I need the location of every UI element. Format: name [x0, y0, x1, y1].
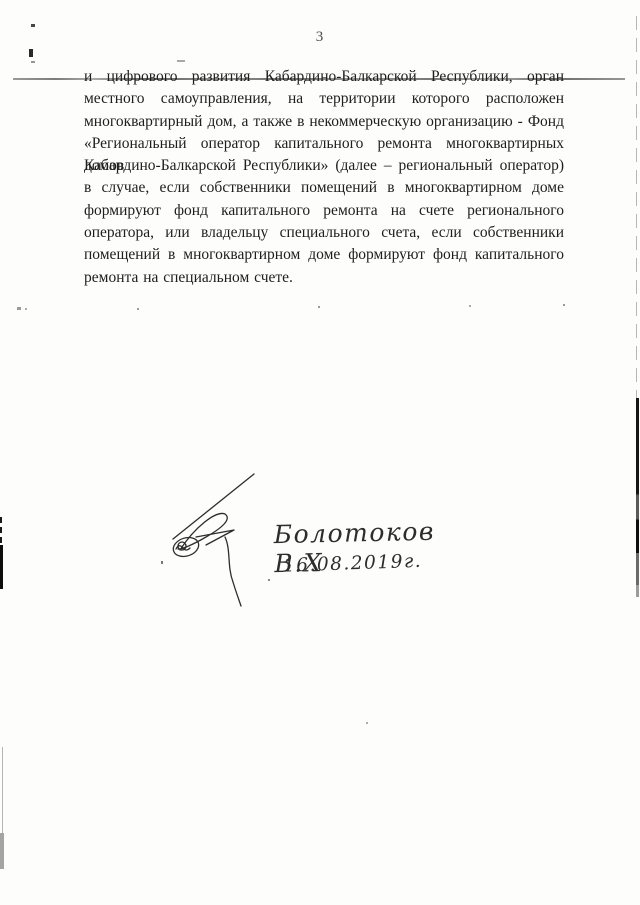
scan-speck: [137, 308, 139, 310]
scan-speck: [177, 60, 185, 62]
text-line: помещений в многоквартирном доме формиру…: [84, 244, 564, 266]
scan-edge-right-dashed-line: [636, 16, 637, 398]
scan-speck: [366, 722, 368, 724]
text-line: оператора, или владельцу специального сч…: [84, 222, 564, 244]
text-line: в случае, если собственники помещений в …: [84, 177, 564, 199]
text-line: «Региональный оператор капитального ремо…: [84, 133, 564, 155]
scan-speck: [29, 49, 33, 57]
signature-diagonal-stroke: [173, 474, 254, 539]
text-line: и цифрового развития Кабардино-Балкарско…: [84, 66, 564, 88]
scan-speck: [17, 307, 21, 310]
scan-speck: [469, 305, 471, 307]
scanned-document-page: 3 и цифрового развития Кабардино-Балкарс…: [0, 0, 640, 905]
signature-scribble: [150, 458, 270, 618]
scan-edge-right-dark-bar: [636, 398, 639, 597]
scan-edge-left-gray-bar: [0, 833, 4, 869]
text-line: Кабардино-Балкарской Республики» (далее …: [84, 155, 564, 177]
scan-edge-left-gray-line: [2, 747, 3, 833]
scan-edge-left-dark-bar: [0, 545, 3, 589]
scan-speck: [563, 304, 565, 306]
text-line: ремонта на специальном счете.: [84, 267, 564, 289]
scan-edge-left-dashes: [0, 517, 2, 545]
scan-speck: [268, 579, 270, 581]
text-line: многоквартирный дом, а также в некоммерч…: [84, 111, 564, 133]
scan-speck: [31, 24, 35, 27]
page-number: 3: [300, 29, 340, 46]
scan-speck: [25, 308, 27, 310]
document-body: и цифрового развития Кабардино-Балкарско…: [84, 66, 564, 289]
scan-speck: [318, 306, 320, 308]
text-line: местного самоуправления, на территории к…: [84, 88, 564, 110]
text-line: формируют фонд капитального ремонта на с…: [84, 200, 564, 222]
signature-tail-stroke: [225, 537, 241, 606]
scan-speck: [161, 561, 163, 564]
scan-speck: [31, 61, 35, 63]
